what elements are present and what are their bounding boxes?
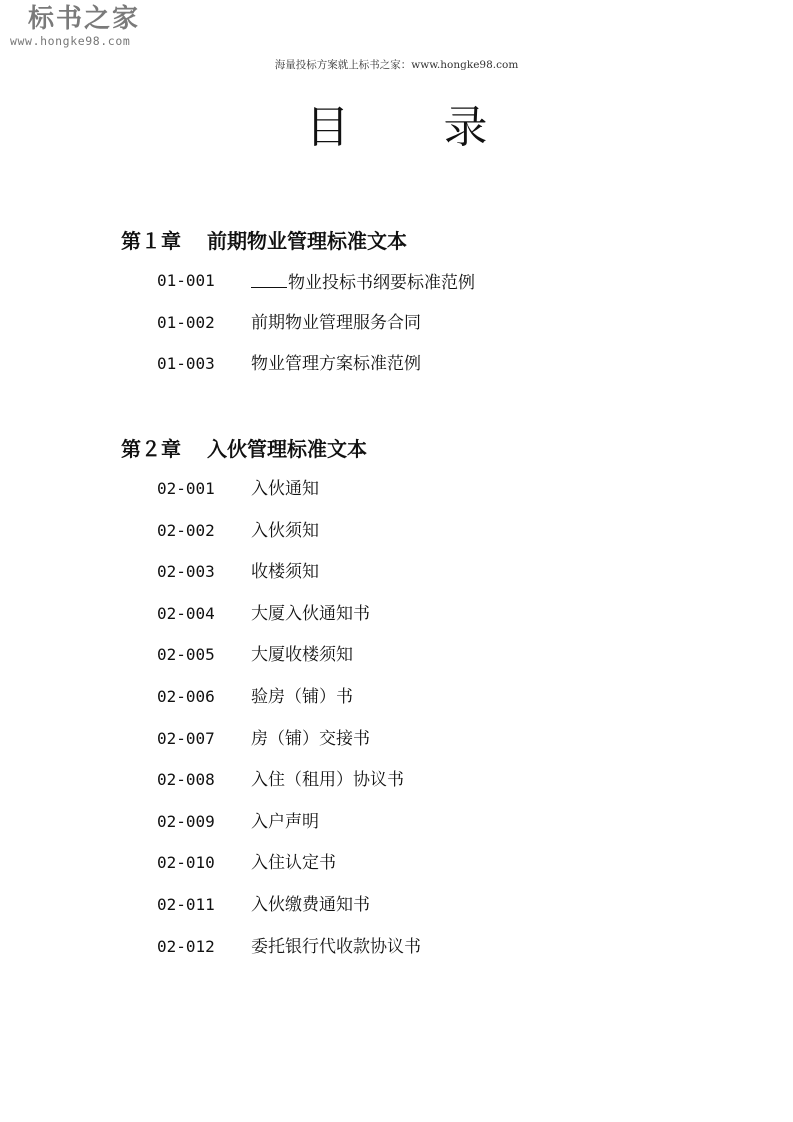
toc-entry[interactable]: 02-007 房（铺）交接书 <box>121 727 367 769</box>
entry-code: 01-001 <box>157 269 215 293</box>
entry-title: 入户声明 <box>251 810 319 834</box>
entry-code: 02-010 <box>157 851 215 875</box>
entry-code: 02-001 <box>157 477 215 501</box>
entry-code: 02-006 <box>157 685 215 709</box>
toc-entry[interactable]: 02-011 入伙缴费通知书 <box>121 893 367 935</box>
chapter-heading: 第２章入伙管理标准文本 <box>121 436 367 462</box>
chapter-2-section: 第２章入伙管理标准文本 02-001 入伙通知 02-002 入伙须知 02-0… <box>121 436 367 976</box>
entry-code: 02-009 <box>157 810 215 834</box>
toc-entry[interactable]: 02-004 大厦入伙通知书 <box>121 602 367 644</box>
entry-code: 02-008 <box>157 768 215 792</box>
logo-url: www.hongke98.com <box>10 34 160 48</box>
toc-entry[interactable]: 02-005 大厦收楼须知 <box>121 643 367 685</box>
chapter-number: 第１章 <box>121 228 207 254</box>
entry-code: 02-007 <box>157 727 215 751</box>
page-title: 目 录 <box>0 100 793 156</box>
logo-name: 标书之家 <box>10 4 160 34</box>
entry-code: 02-004 <box>157 602 215 626</box>
toc-entry[interactable]: 02-002 入伙须知 <box>121 519 367 561</box>
entry-title: 入住认定书 <box>251 851 336 875</box>
chapter-title: 入伙管理标准文本 <box>207 437 367 461</box>
entry-code: 02-002 <box>157 519 215 543</box>
entry-title: 前期物业管理服务合同 <box>251 311 421 335</box>
entry-title: 收楼须知 <box>251 560 319 584</box>
entry-code: 01-003 <box>157 352 215 376</box>
chapter-title: 前期物业管理标准文本 <box>207 229 407 253</box>
header-note: 海量投标方案就上标书之家：www.hongke98.com <box>0 57 793 72</box>
entry-title: 入住（租用）协议书 <box>251 768 404 792</box>
entry-title: 入伙须知 <box>251 519 319 543</box>
toc-entry[interactable]: 02-003 收楼须知 <box>121 560 367 602</box>
toc-entry[interactable]: 02-009 入户声明 <box>121 810 367 852</box>
chapter-number: 第２章 <box>121 436 207 462</box>
toc-entry[interactable]: 02-012 委托银行代收款协议书 <box>121 935 367 977</box>
entry-code: 01-002 <box>157 311 215 335</box>
entry-title: 大厦入伙通知书 <box>251 602 370 626</box>
entry-code: 02-005 <box>157 643 215 667</box>
entry-title: 物业管理方案标准范例 <box>251 352 421 376</box>
entry-title-wrapper: 物业投标书纲要标准范例 <box>251 269 475 295</box>
entry-title: 入伙缴费通知书 <box>251 893 370 917</box>
toc-entry[interactable]: 02-001 入伙通知 <box>121 477 367 519</box>
entry-title: 验房（铺）书 <box>251 685 353 709</box>
entry-title: 委托银行代收款协议书 <box>251 935 421 959</box>
entry-code: 02-011 <box>157 893 215 917</box>
toc-entry[interactable]: 01-002 前期物业管理服务合同 <box>121 311 407 353</box>
toc-entry[interactable]: 02-010 入住认定书 <box>121 851 367 893</box>
chapter-heading: 第１章前期物业管理标准文本 <box>121 228 407 254</box>
entry-title: 入伙通知 <box>251 477 319 501</box>
toc-entry[interactable]: 02-008 入住（租用）协议书 <box>121 768 367 810</box>
toc-entry[interactable]: 01-003 物业管理方案标准范例 <box>121 352 407 394</box>
entry-code: 02-012 <box>157 935 215 959</box>
toc-entry[interactable]: 01-001 物业投标书纲要标准范例 <box>121 269 407 311</box>
entry-title: 房（铺）交接书 <box>251 727 370 751</box>
entry-code: 02-003 <box>157 560 215 584</box>
entry-title: 大厦收楼须知 <box>251 643 353 667</box>
site-logo: 标书之家 www.hongke98.com <box>10 4 160 48</box>
toc-entry[interactable]: 02-006 验房（铺）书 <box>121 685 367 727</box>
fill-in-blank <box>251 269 287 288</box>
chapter-1-section: 第１章前期物业管理标准文本 01-001 物业投标书纲要标准范例 01-002 … <box>121 228 407 394</box>
entry-title: 物业投标书纲要标准范例 <box>288 273 475 293</box>
